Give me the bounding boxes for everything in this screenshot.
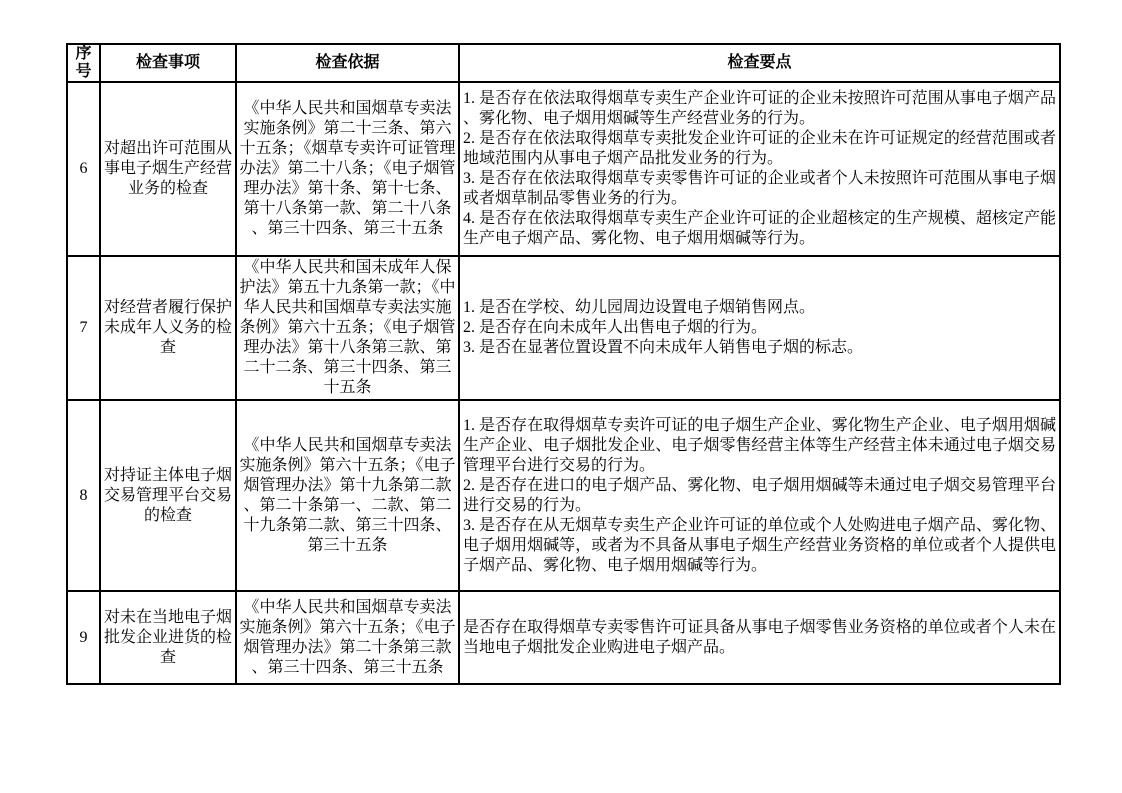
inspection-basis: 《中华人民共和国烟草专卖法实施条例》第二十三条、第六十五条；《烟草专卖许可证管理… [236, 82, 459, 256]
document-page: 序号 检查事项 检查依据 检查要点 6 对超出许可范围从事电子烟生产经营业务的检… [0, 0, 1122, 793]
row-number: 6 [67, 82, 100, 256]
checkpoint: 2. 是否存在进口的电子烟产品、雾化物、电子烟用烟碱等未通过电子烟交易管理平台进… [463, 476, 1056, 516]
table-row: 9 对未在当地电子烟批发企业进货的检查 《中华人民共和国烟草专卖法实施条例》第六… [67, 591, 1060, 684]
checkpoint: 1. 是否存在取得烟草专卖许可证的电子烟生产企业、雾化物生产企业、电子烟用烟碱生… [463, 416, 1056, 476]
inspection-points: 1. 是否在学校、幼儿园周边设置电子烟销售网点。 2. 是否存在向未成年人出售电… [459, 256, 1060, 400]
header-inspection-points: 检查要点 [459, 44, 1060, 82]
checkpoint: 4. 是否存在依法取得烟草专卖生产企业许可证的企业超核定的生产规模、超核定产能生… [463, 209, 1056, 249]
table-row: 7 对经营者履行保护未成年人义务的检查 《中华人民共和国未成年人保护法》第五十九… [67, 256, 1060, 400]
table-row: 8 对持证主体电子烟交易管理平台交易的检查 《中华人民共和国烟草专卖法实施条例》… [67, 400, 1060, 591]
header-inspection-basis: 检查依据 [236, 44, 459, 82]
checkpoint: 是否存在取得烟草专卖零售许可证具备从事电子烟零售业务资格的单位或者个人未在当地电… [463, 618, 1056, 658]
inspection-points: 1. 是否存在取得烟草专卖许可证的电子烟生产企业、雾化物生产企业、电子烟用烟碱生… [459, 400, 1060, 591]
inspection-points: 是否存在取得烟草专卖零售许可证具备从事电子烟零售业务资格的单位或者个人未在当地电… [459, 591, 1060, 684]
checkpoint: 3. 是否存在依法取得烟草专卖零售许可证的企业或者个人未按照许可范围从事电子烟或… [463, 169, 1056, 209]
checkpoint: 2. 是否存在依法取得烟草专卖批发企业许可证的企业未在许可证规定的经营范围或者地… [463, 129, 1056, 169]
checkpoint: 3. 是否存在从无烟草专卖生产企业许可证的单位或个人处购进电子烟产品、雾化物、电… [463, 516, 1056, 576]
checkpoint: 2. 是否存在向未成年人出售电子烟的行为。 [463, 318, 1056, 338]
checkpoint: 1. 是否在学校、幼儿园周边设置电子烟销售网点。 [463, 298, 1056, 318]
inspection-basis: 《中华人民共和国烟草专卖法实施条例》第六十五条；《电子烟管理办法》第十九条第二款… [236, 400, 459, 591]
checkpoint: 1. 是否存在依法取得烟草专卖生产企业许可证的企业未按照许可范围从事电子烟产品、… [463, 89, 1056, 129]
checkpoint: 3. 是否在显著位置设置不向未成年人销售电子烟的标志。 [463, 338, 1056, 358]
table-row: 6 对超出许可范围从事电子烟生产经营业务的检查 《中华人民共和国烟草专卖法实施条… [67, 82, 1060, 256]
inspection-item: 对持证主体电子烟交易管理平台交易的检查 [100, 400, 236, 591]
row-number: 9 [67, 591, 100, 684]
inspection-points: 1. 是否存在依法取得烟草专卖生产企业许可证的企业未按照许可范围从事电子烟产品、… [459, 82, 1060, 256]
row-number: 8 [67, 400, 100, 591]
inspection-basis: 《中华人民共和国烟草专卖法实施条例》第六十五条；《电子烟管理办法》第二十条第三款… [236, 591, 459, 684]
inspection-table: 序号 检查事项 检查依据 检查要点 6 对超出许可范围从事电子烟生产经营业务的检… [66, 43, 1061, 685]
inspection-item: 对经营者履行保护未成年人义务的检查 [100, 256, 236, 400]
inspection-item: 对超出许可范围从事电子烟生产经营业务的检查 [100, 82, 236, 256]
table-header-row: 序号 检查事项 检查依据 检查要点 [67, 44, 1060, 82]
header-inspection-item: 检查事项 [100, 44, 236, 82]
inspection-basis: 《中华人民共和国未成年人保护法》第五十九条第一款；《中华人民共和国烟草专卖法实施… [236, 256, 459, 400]
header-seq-no: 序号 [67, 44, 100, 82]
inspection-item: 对未在当地电子烟批发企业进货的检查 [100, 591, 236, 684]
row-number: 7 [67, 256, 100, 400]
